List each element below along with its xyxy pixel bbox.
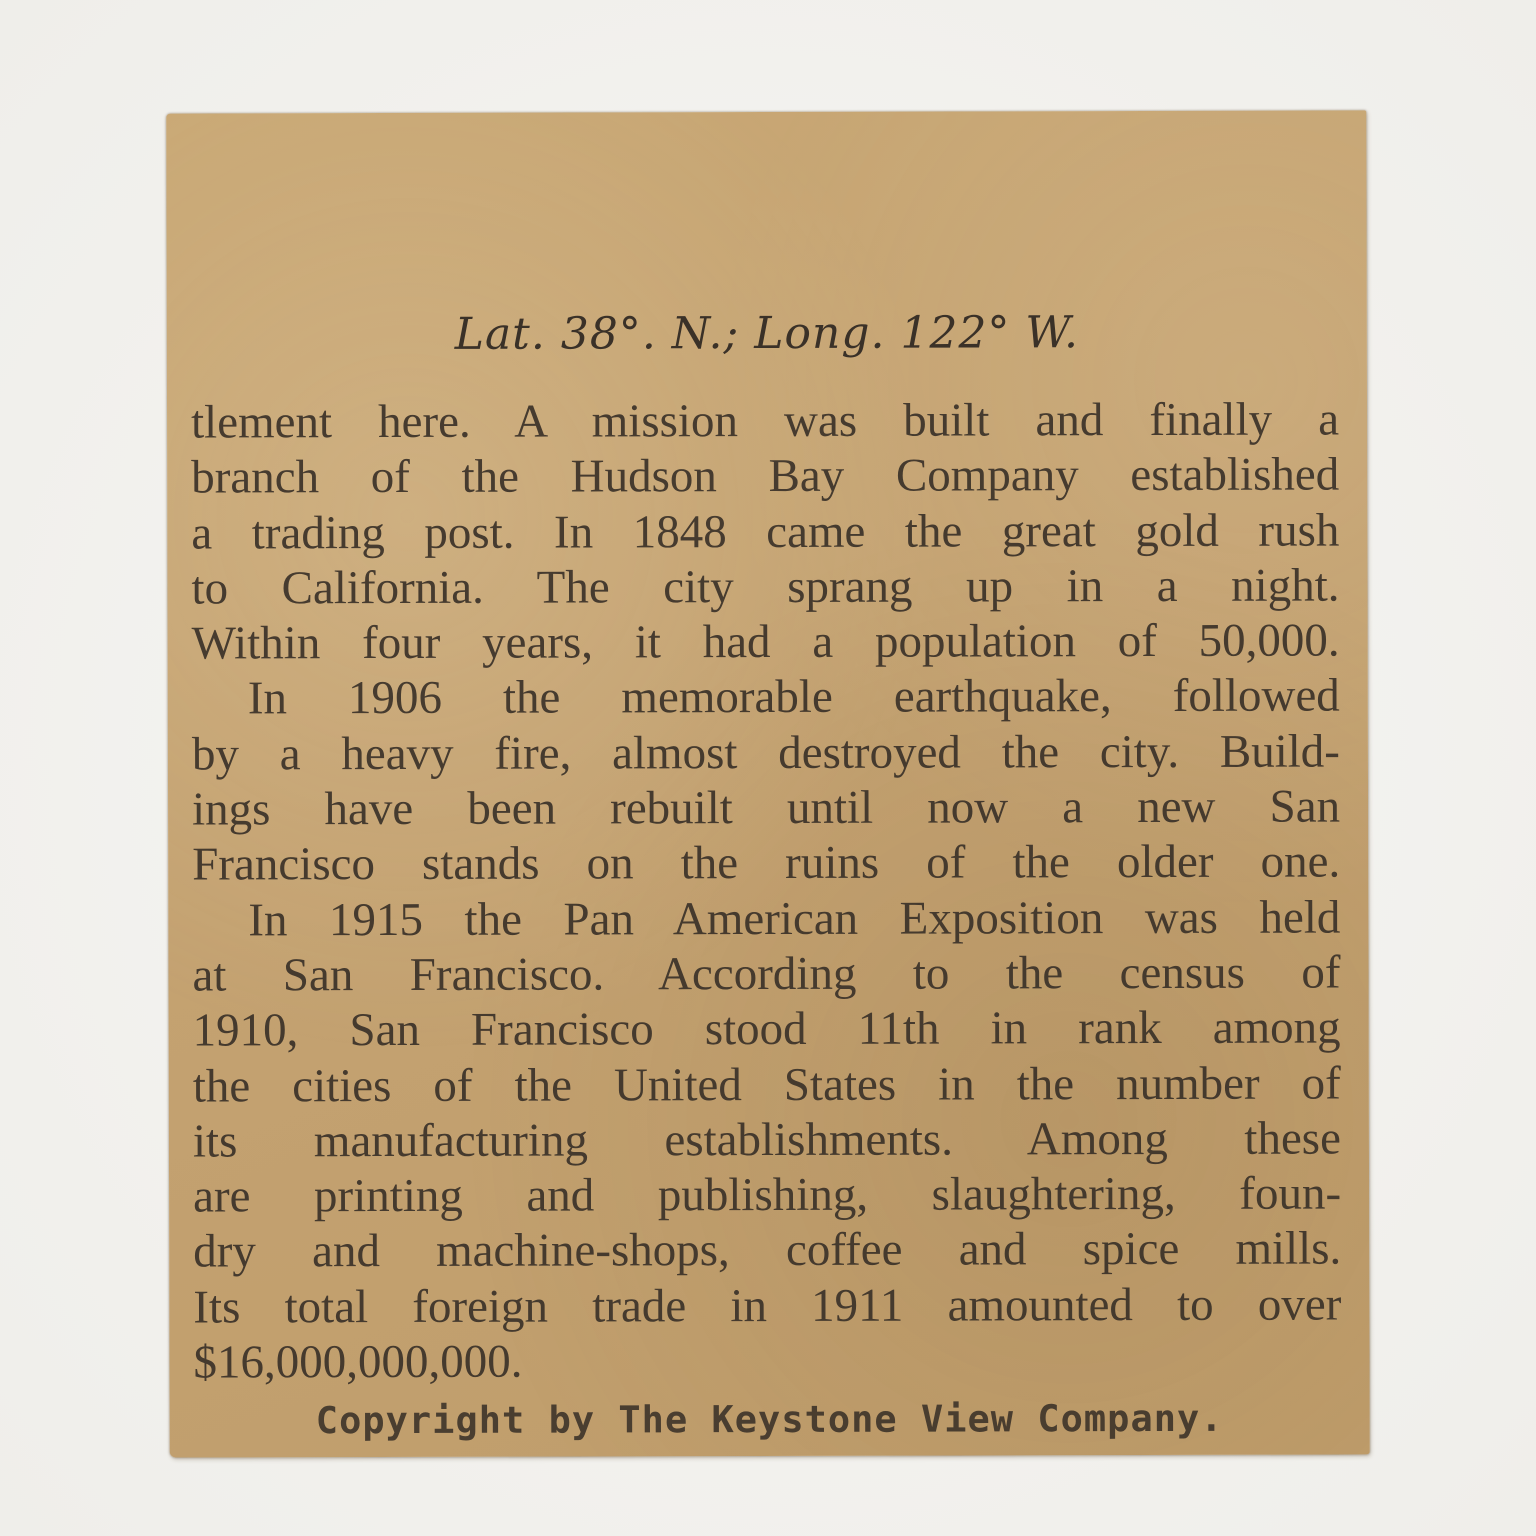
text-line: at San Francisco. According to the censu…: [192, 945, 1340, 1003]
text-line: dry and machine-shops, coffee and spice …: [193, 1222, 1341, 1280]
text-line: ings have been rebuilt until now a new S…: [192, 780, 1340, 838]
text-line: to California. The city sprang up in a n…: [191, 558, 1339, 616]
card-body-text: tlement here. A mission was built and fi…: [191, 393, 1342, 1391]
text-line: Francisco stands on the ruins of the old…: [192, 835, 1340, 893]
text-line: its manufacturing establishments. Among …: [193, 1111, 1341, 1169]
stereoview-card-back: Lat. 38°. N.; Long. 122° W. tlement here…: [166, 110, 1370, 1457]
text-line: are printing and publishing, slaughterin…: [193, 1167, 1341, 1225]
text-line: $16,000,000,000.: [193, 1333, 1341, 1391]
text-line: Its total foreign trade in 1911 amounted…: [193, 1277, 1341, 1335]
coordinates-heading: Lat. 38°. N.; Long. 122° W.: [167, 306, 1367, 360]
text-line: a trading post. In 1848 came the great g…: [191, 503, 1339, 561]
text-line: tlement here. A mission was built and fi…: [191, 393, 1339, 451]
text-line: Within four years, it had a population o…: [192, 614, 1340, 672]
text-line: In 1906 the memorable earthquake, follow…: [192, 669, 1340, 727]
text-line: 1910, San Francisco stood 11th in rank a…: [193, 1001, 1341, 1059]
text-line: the cities of the United States in the n…: [193, 1056, 1341, 1114]
text-line: In 1915 the Pan American Exposition was …: [192, 890, 1340, 948]
text-line: by a heavy fire, almost destroyed the ci…: [192, 724, 1340, 782]
text-line: branch of the Hudson Bay Company establi…: [191, 448, 1339, 506]
copyright-notice: Copyright by The Keystone View Company.: [170, 1396, 1370, 1442]
